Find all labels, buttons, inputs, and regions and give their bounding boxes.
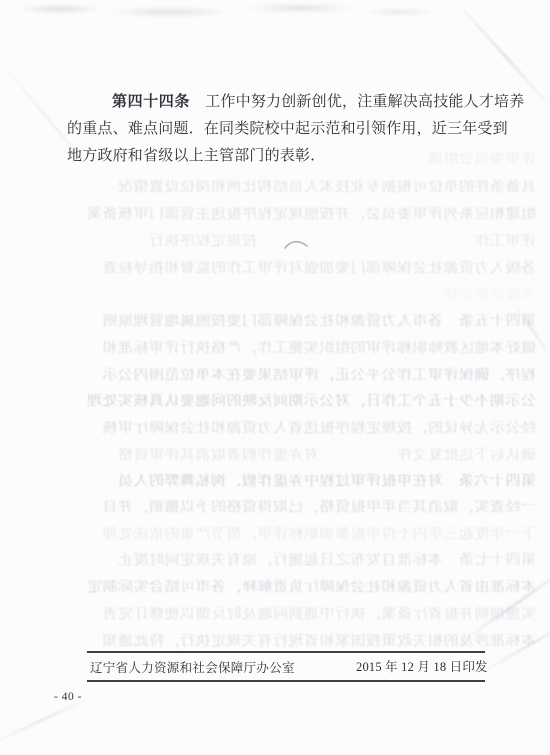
article-line: 的重点、难点问题．在同类院校中起示范和引领作用，近三年受到 — [67, 116, 524, 143]
ink-squiggle-mark — [283, 238, 309, 252]
bleed-line: 经公示无异议的，按规定程序报送省人力资源和社会保障厅审核 — [14, 421, 536, 436]
footer-issuer: 辽宁省人力资源和社会保障厅办公室 — [90, 658, 295, 676]
paper-crease — [512, 302, 550, 360]
bleed-line: 第四十五条 各市人力资源和社会保障部门要按照属地管理原则 — [14, 314, 536, 329]
article-number: 第四十四条 — [112, 93, 190, 110]
bleed-line: 实施细则并报省厅备案，执行中遇到问题及时反馈以便修订完善 — [14, 607, 536, 622]
bleed-line: 第四十七条 本标准自发布之日起施行，原有关规定同时废止 — [14, 553, 536, 568]
bleed-line: 做好本地区教师职称评审的组织实施工作，严格执行评审标准和 — [14, 341, 536, 356]
bleed-line: 年度评审安排 — [14, 288, 536, 303]
paper-crease — [454, 554, 550, 647]
bleed-line: 第四十六条 对在申报评审过程中弄虚作假、徇私舞弊的人员 — [14, 474, 536, 489]
bleed-line: 一经查实，取消其当年申报资格，已取得资格的予以撤销，并自 — [14, 500, 536, 515]
bleed-line: 下一年度起三年内不得申报参加职称评审，情节严重的依法处理 — [14, 527, 536, 542]
bleed-line: 组建相应系列评审委员会，并按照规定程序报送主管部门审核备案 — [14, 207, 536, 222]
footer-rule-top — [87, 651, 485, 653]
bleed-line: 公示期不少于五个工作日，对公示期间反映的问题要认真核实处理 — [14, 394, 536, 409]
bleed-line: 程序，确保评审工作公平公正，评审结果要在本单位范围内公示 — [14, 368, 536, 383]
scanned-document-page: 评审委员会组成 具备条件的单位可根据专业技术人员结构比例和岗位设置情况 组建相应… — [0, 0, 550, 755]
bleed-line: 本标准涉及的相关政策按国家和省现行有关规定执行，特此通知 — [14, 634, 536, 649]
article-line-text: 工作中努力创新创优，注重解决高技能人才培养 — [190, 94, 524, 110]
bleed-line: 本标准由省人力资源和社会保障厅负责解释，各市可结合实际制定 — [14, 580, 536, 595]
article-paragraph: 第四十四条 工作中努力创新创优，注重解决高技能人才培养 的重点、难点问题．在同类… — [67, 89, 524, 169]
footer-print-date: 2015 年 12 月 18 日印发 — [356, 657, 488, 675]
article-line: 第四十四条 工作中努力创新创优，注重解决高技能人才培养 — [67, 89, 524, 116]
bleed-line: 评审工作 按规定程序执行 — [14, 234, 536, 249]
bleed-line: 各级人力资源社会保障部门要加强对评审工作的监督和指导检查 — [14, 261, 536, 276]
article-line: 地方政府和省级以上主管部门的表彰． — [67, 143, 524, 170]
page-number: - 40 - — [54, 691, 82, 703]
footer-rule-bottom — [87, 680, 485, 682]
bleed-line: 确认后下达批复文件 对弄虚作假者取消其评审资格 — [14, 448, 536, 463]
bleed-line: 具备条件的单位可根据专业技术人员结构比例和岗位设置情况 — [14, 180, 536, 195]
